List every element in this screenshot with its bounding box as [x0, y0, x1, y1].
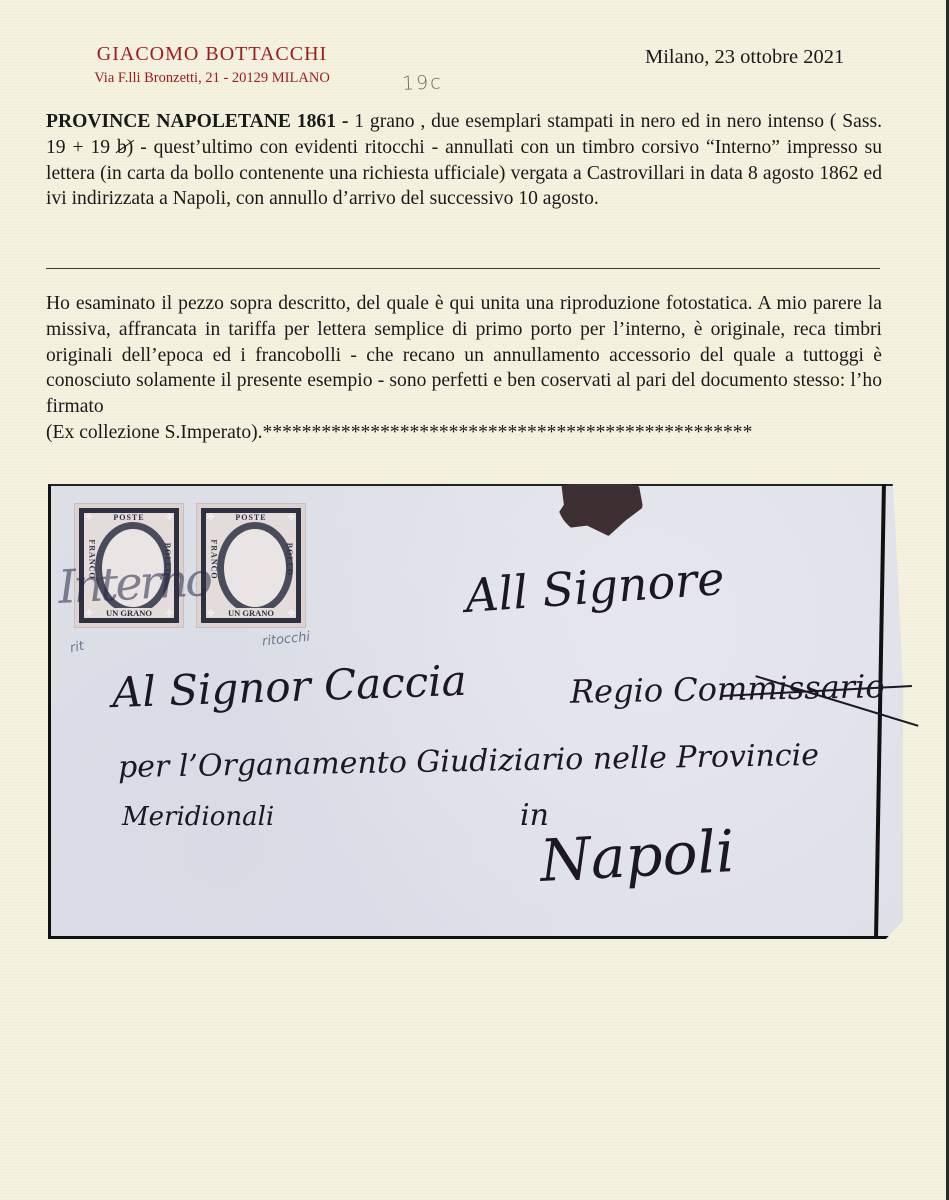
opinion-body: Ho esaminato il pezzo sopra descritto, d…: [46, 291, 882, 420]
cross-icon: ✚: [287, 513, 295, 522]
pencil-catalog-note: 19c: [402, 71, 443, 94]
cross-icon: ✚: [207, 609, 215, 618]
description-text-2: ) - quest’ultimo con evidenti ritocchi -…: [46, 137, 882, 210]
certificate-date: Milano, 23 ottobre 2021: [645, 46, 844, 69]
expert-address: Via F.lli Bronzetti, 21 - 20129 MILANO: [52, 68, 372, 88]
description-title: PROVINCE NAPOLETANE 1861 -: [46, 111, 348, 132]
letterhead: GIACOMO BOTTACCHI Via F.lli Bronzetti, 2…: [52, 42, 372, 88]
address-line-region: Meridionali: [122, 802, 274, 832]
cross-icon: ✚: [287, 609, 295, 618]
stamp-1-grano-nero-intenso: POSTE FRANCO BOLLO UN GRANO ✚ ✚ ✚ ✚: [196, 503, 306, 628]
cross-icon: ✚: [207, 513, 215, 522]
certificate-page: GIACOMO BOTTACCHI Via F.lli Bronzetti, 2…: [0, 0, 949, 1200]
interno-cancellation: Interno: [57, 552, 211, 614]
item-description: PROVINCE NAPOLETANE 1861 - 1 grano , due…: [46, 109, 882, 212]
cross-icon: ✚: [165, 513, 173, 522]
cross-icon: ✚: [85, 513, 93, 522]
expert-name: GIACOMO BOTTACCHI: [52, 42, 372, 66]
struck-variety-letter: b: [117, 135, 127, 161]
pencil-mark: rit: [69, 639, 86, 657]
address-line-city: Napoli: [538, 817, 736, 895]
cross-icon: ✚: [165, 609, 173, 618]
expert-opinion: Ho esaminato il pezzo sopra descritto, d…: [46, 291, 882, 446]
opinion-provenance: (Ex collezione S.Imperato).*************…: [46, 420, 882, 446]
section-divider: [46, 268, 880, 269]
stamp-oval: [224, 529, 286, 607]
